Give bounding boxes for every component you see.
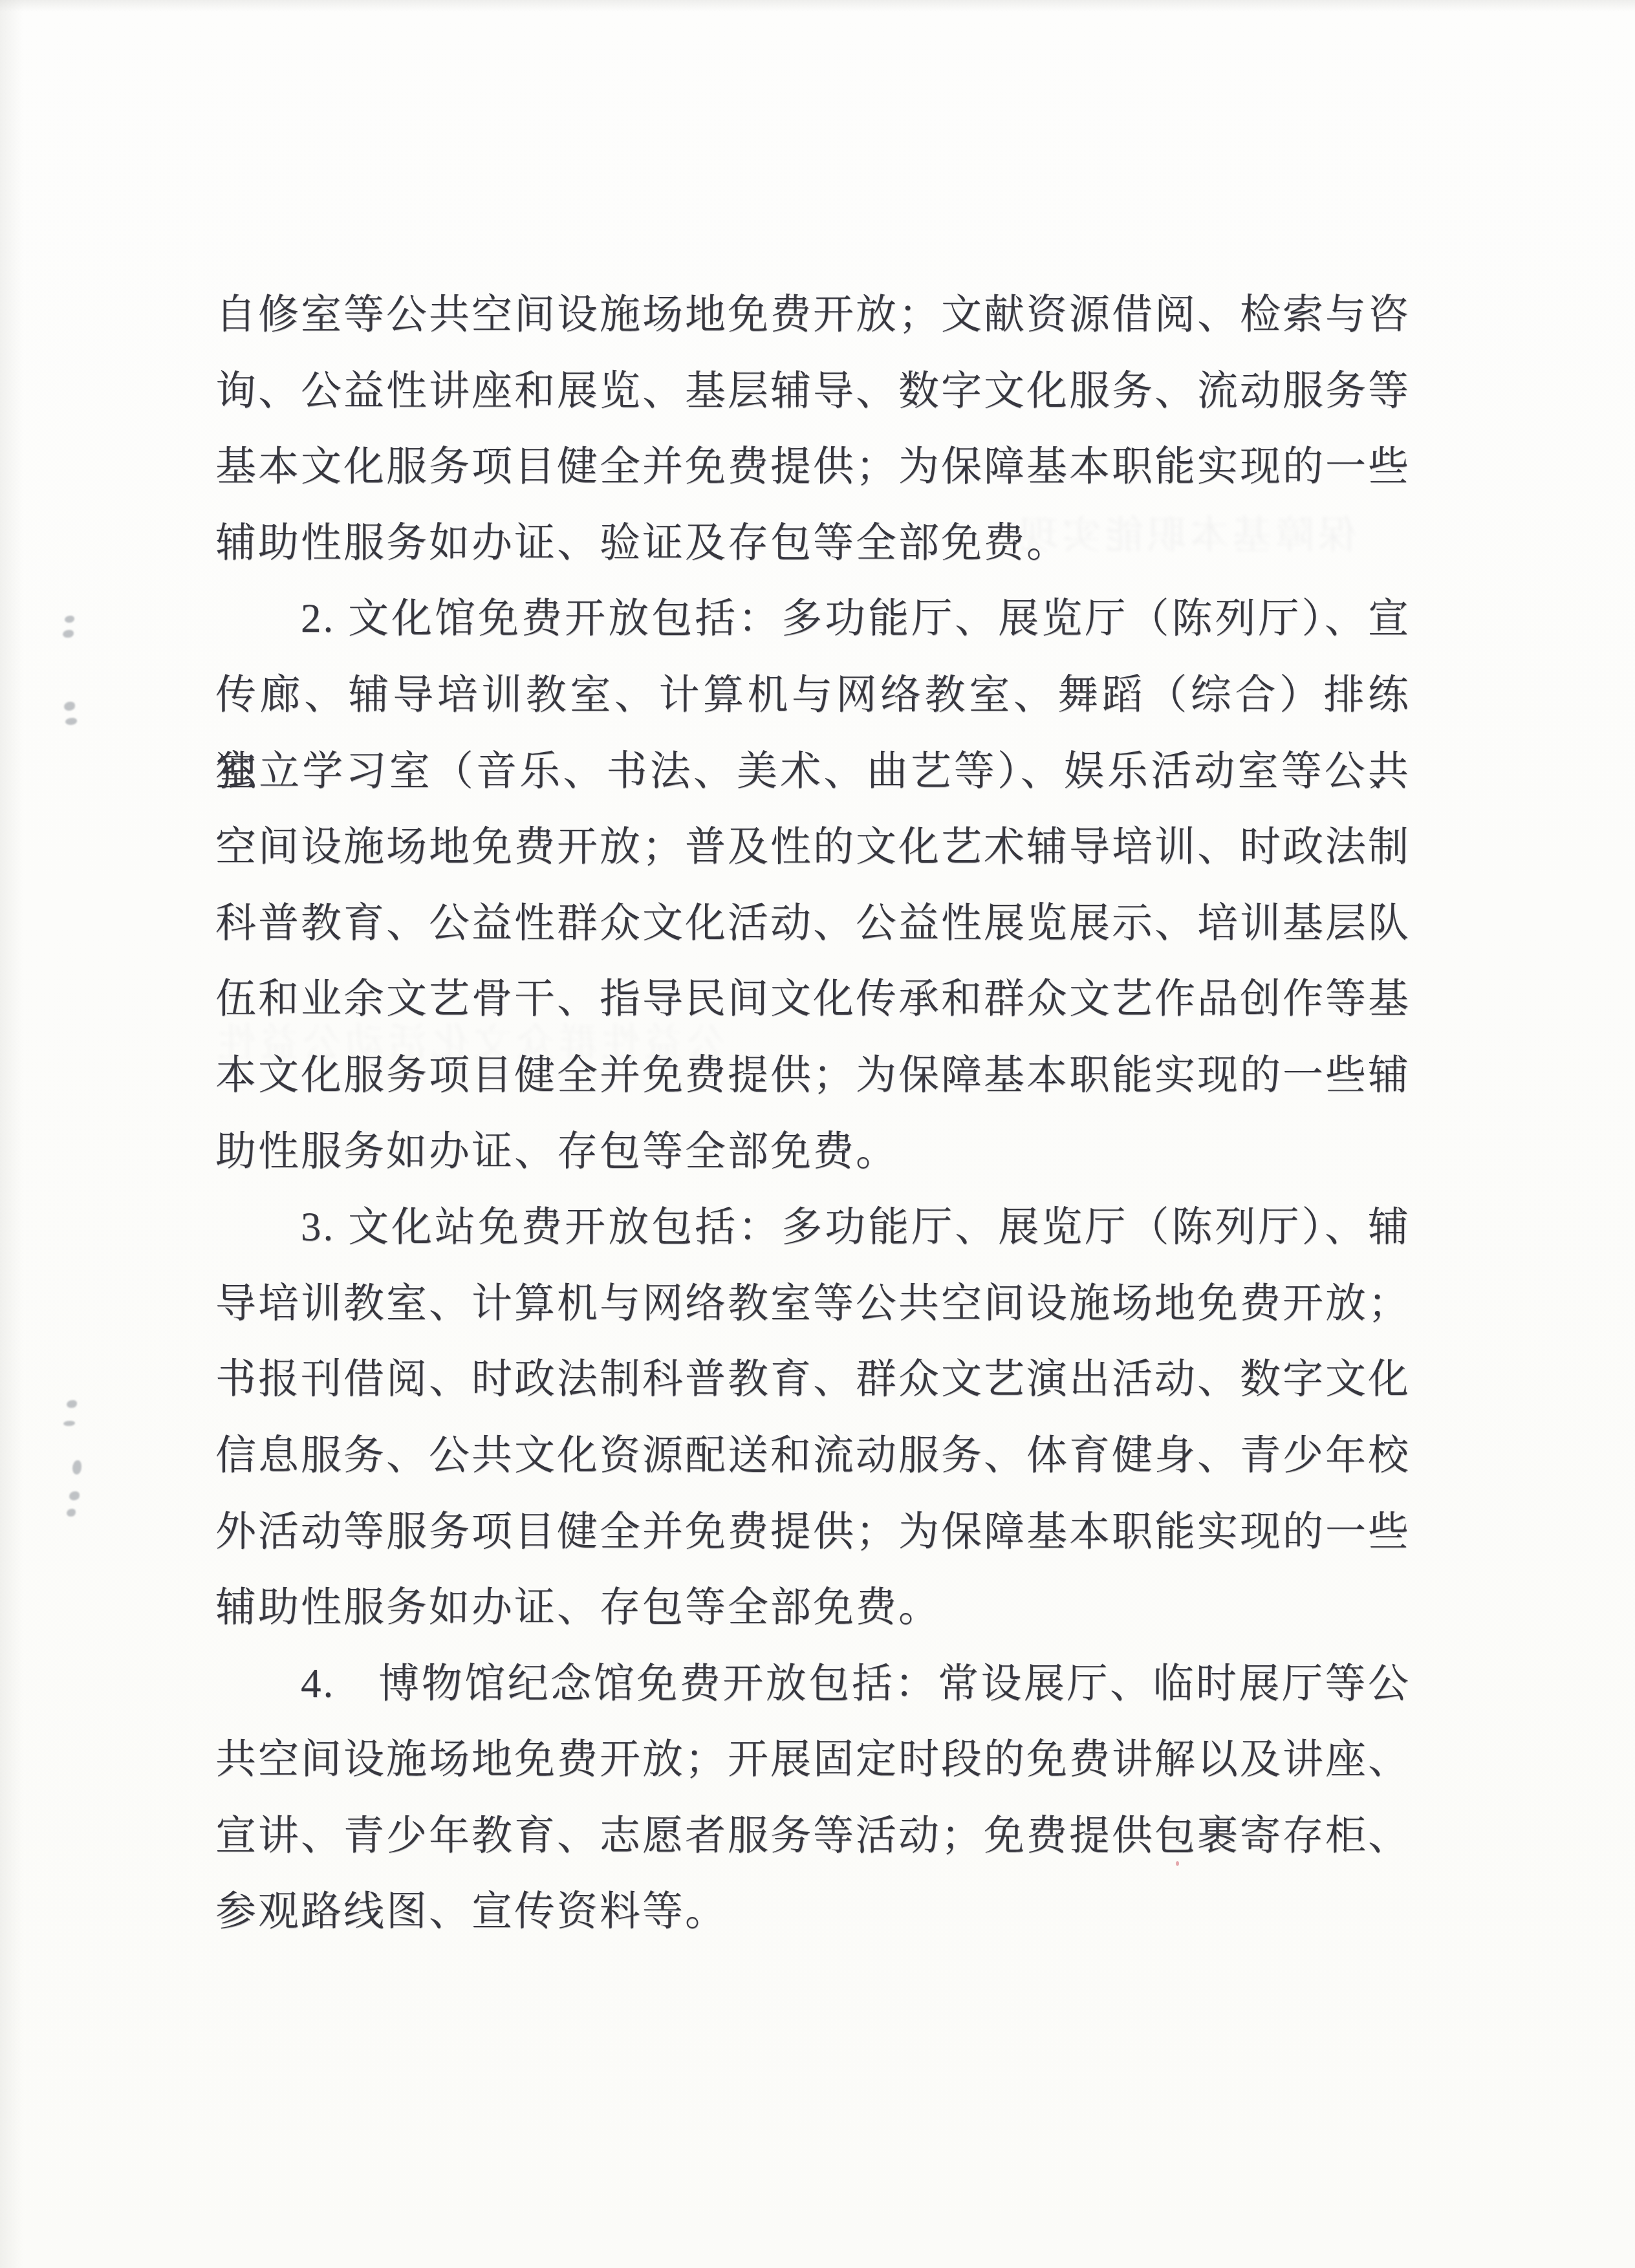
scan-artifact	[72, 1460, 81, 1474]
text-line: 参观路线图、宣传资料等。	[215, 1874, 1411, 1950]
text-line: 助性服务如办证、存包等全部免费。	[215, 1114, 1411, 1190]
text-line: 本文化服务项目健全并免费提供；为保障基本职能实现的一些辅	[215, 1037, 1411, 1114]
text-line: 自修室等公共空间设施场地免费开放；文献资源借阅、检索与咨	[215, 277, 1411, 353]
scan-artifact	[64, 702, 75, 711]
text-line: 辅助性服务如办证、验证及存包等全部免费。	[215, 505, 1411, 581]
text-line: 2. 文化馆免费开放包括：多功能厅、展览厅（陈列厅）、宣	[215, 581, 1411, 657]
paragraph-item-2: 2. 文化馆免费开放包括：多功能厅、展览厅（陈列厅）、宣 传廊、辅导培训教室、计…	[215, 581, 1411, 1189]
scan-artifact	[63, 1421, 75, 1426]
text-line: 信息服务、公共文化资源配送和流动服务、体育健身、青少年校	[215, 1418, 1411, 1494]
scanned-page: 保障基本职能实现 公益性群众文化活动公益性 自修室等公共空间设施场地免费开放；文…	[0, 0, 1635, 2268]
text-line: 询、公益性讲座和展览、基层辅导、数字文化服务、流动服务等	[215, 353, 1411, 429]
text-line: 共空间设施场地免费开放；开展固定时段的免费讲解以及讲座、	[215, 1722, 1411, 1798]
text-line: 4. 博物馆纪念馆免费开放包括：常设展厅、临时展厅等公	[215, 1646, 1411, 1722]
text-line: 空间设施场地免费开放；普及性的文化艺术辅导培训、时政法制	[215, 809, 1411, 885]
text-line: 辅助性服务如办证、存包等全部免费。	[215, 1570, 1411, 1646]
scan-artifact	[65, 718, 77, 725]
text-line: 基本文化服务项目健全并免费提供；为保障基本职能实现的一些	[215, 429, 1411, 505]
paragraph-item-3: 3. 文化站免费开放包括：多功能厅、展览厅（陈列厅）、辅 导培训教室、计算机与网…	[215, 1189, 1411, 1646]
scan-artifact	[67, 1400, 77, 1408]
scan-artifact	[1176, 1861, 1179, 1866]
text-line: 传廊、辅导培训教室、计算机与网络教室、舞蹈（综合）排练室、	[215, 657, 1411, 733]
scan-artifact	[65, 616, 74, 623]
text-line: 宣讲、青少年教育、志愿者服务等活动；免费提供包裹寄存柜、	[215, 1798, 1411, 1874]
document-text-block: 自修室等公共空间设施场地免费开放；文献资源借阅、检索与咨 询、公益性讲座和展览、…	[215, 277, 1411, 1950]
text-line: 3. 文化站免费开放包括：多功能厅、展览厅（陈列厅）、辅	[215, 1189, 1411, 1266]
text-line: 导培训教室、计算机与网络教室等公共空间设施场地免费开放；	[215, 1266, 1411, 1342]
text-line: 伍和业余文艺骨干、指导民间文化传承和群众文艺作品创作等基	[215, 961, 1411, 1037]
scan-artifact	[67, 1509, 76, 1517]
text-line: 书报刊借阅、时政法制科普教育、群众文艺演出活动、数字文化	[215, 1341, 1411, 1418]
text-line: 外活动等服务项目健全并免费提供；为保障基本职能实现的一些	[215, 1494, 1411, 1570]
text-line: 科普教育、公益性群众文化活动、公益性展览展示、培训基层队	[215, 885, 1411, 962]
scan-artifact	[69, 1491, 80, 1500]
text-line: 独立学习室（音乐、书法、美术、曲艺等）、娱乐活动室等公共	[215, 733, 1411, 810]
scan-artifact	[63, 630, 74, 638]
paragraph-continuation: 自修室等公共空间设施场地免费开放；文献资源借阅、检索与咨 询、公益性讲座和展览、…	[215, 277, 1411, 581]
paragraph-item-4: 4. 博物馆纪念馆免费开放包括：常设展厅、临时展厅等公 共空间设施场地免费开放；…	[215, 1646, 1411, 1950]
